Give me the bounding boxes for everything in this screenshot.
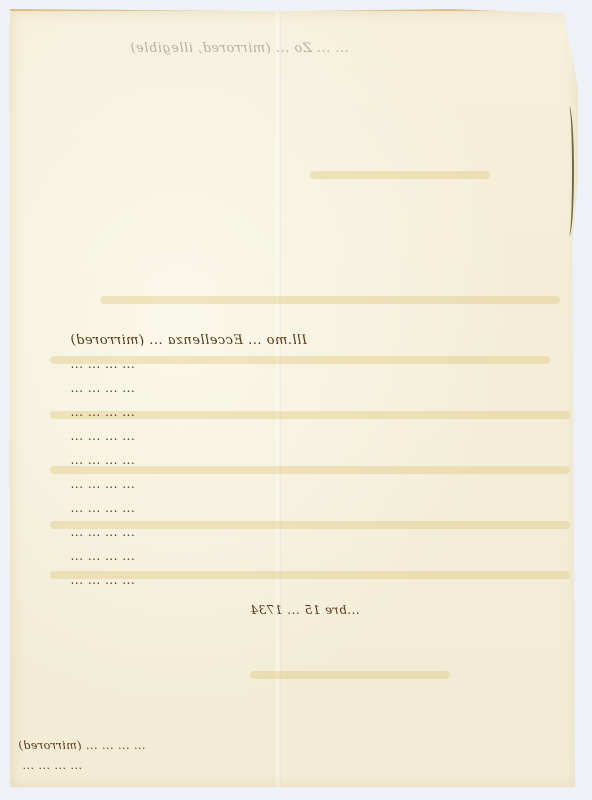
header-note: ... ... Zo ... (mirrored, illegible) [130,41,349,56]
date-line: ...bre 15 ... 1734 [250,603,360,617]
ink-stain [50,466,570,474]
body-line: ... ... ... ... [70,381,135,395]
body-line: ... ... ... ... [70,429,135,443]
torn-edge [564,106,574,236]
manuscript-sheet: ... ... Zo ... (mirrored, illegible) Ill… [10,9,578,787]
body-line: ... ... ... ... [70,573,135,587]
bottom-note-line: ... ... ... ... (mirrored) [18,739,145,752]
ink-stain [100,296,560,304]
body-line: ... ... ... ... [70,549,135,563]
body-line: ... ... ... ... [70,477,135,491]
ink-stain [250,671,450,679]
body-line: ... ... ... ... [70,453,135,467]
bottom-note-line: ... ... ... ... [22,759,82,772]
body-line: ... ... ... ... [70,501,135,515]
ink-stain [310,171,490,179]
body-line: ... ... ... ... [70,357,135,371]
body-line: Ill.mo ... Eccellenza ... (mirrored) [70,333,307,348]
body-line: ... ... ... ... [70,405,135,419]
body-line: ... ... ... ... [70,525,135,539]
